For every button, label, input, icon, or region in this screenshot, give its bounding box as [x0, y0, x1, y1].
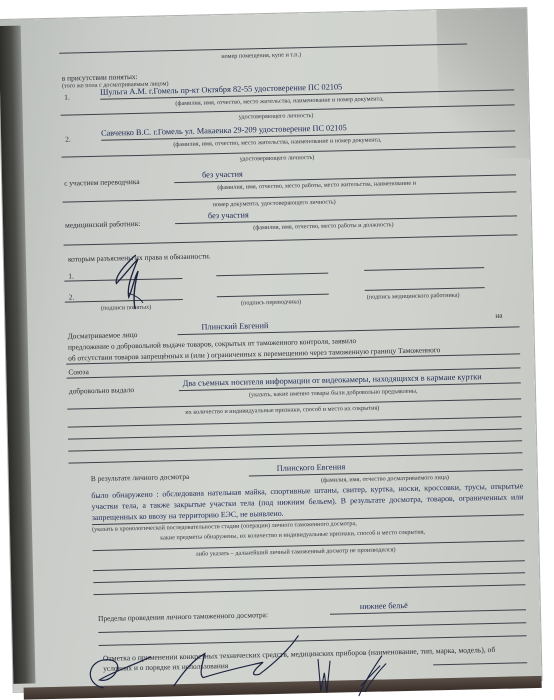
- offer-line-3: Союза: [68, 367, 89, 376]
- voluntary-label: добровольно выдало: [69, 385, 134, 395]
- signature-number-2: 2.: [69, 292, 75, 301]
- customs-inspection-form: номер помещения, купе и т.п.) в присутст…: [0, 8, 542, 692]
- blank-line-2: [68, 428, 522, 439]
- witness-2-number: 2.: [65, 134, 71, 143]
- result-value: Плинского Евгения: [277, 462, 346, 473]
- translator-value: без участия: [202, 170, 243, 180]
- witness-signature-line-2: [65, 299, 183, 303]
- limits-label: Пределы проведения личного таможенного д…: [98, 610, 268, 623]
- translator-signature-line-1: [216, 273, 328, 277]
- medic-label: медицинский работник:: [65, 219, 140, 230]
- medic-signature-hint: (подпись медицинского работника): [367, 292, 460, 301]
- medic-signature-line-1: [364, 267, 484, 271]
- mark-text-2: условиях и о порядке их использования: [103, 661, 228, 673]
- translator-hint-2: номер документа, удостоверяющего личност…: [213, 198, 336, 208]
- rights-explained-text: которым разъяснены их права и обязанност…: [68, 251, 211, 263]
- blank-line-1: [68, 416, 522, 427]
- translator-signature-hint: (подпись переводчика): [241, 298, 301, 306]
- blank-line-6: [93, 572, 525, 583]
- witness-signature-line-1: [64, 278, 182, 282]
- signature-number-1: 1.: [68, 271, 74, 280]
- blank-line-4: [69, 452, 523, 463]
- translator-label: с участием переводчика: [64, 177, 140, 188]
- mark-line: [433, 662, 527, 665]
- inspected-person-label: Досматриваемое лицо: [68, 330, 138, 341]
- paper-fold-highlight: [436, 8, 529, 160]
- translator-signature-line-2: [217, 294, 329, 298]
- blank-line-5: [93, 560, 525, 571]
- result-label: В результате личного досмотра: [91, 472, 190, 483]
- limits-value: нижнее бельё: [360, 601, 408, 611]
- page-edge-shadow: [0, 26, 36, 684]
- inspected-person-value: Плинский Евгений: [201, 321, 268, 332]
- room-hint: номер помещения, купе и т.п.): [221, 51, 301, 60]
- witness-signature-hint: (подписи понятых): [101, 304, 151, 312]
- blank-line-7: [93, 584, 525, 595]
- witness-1-number: 1.: [64, 92, 70, 101]
- medic-hint: (фамилия, имя, отчество, место работы и …: [253, 221, 393, 231]
- blank-line-8: [98, 622, 526, 633]
- photo-frame: номер помещения, купе и т.п.) в присутст…: [0, 0, 554, 700]
- medic-line-2: [64, 234, 518, 245]
- medic-signature-line-2: [365, 287, 485, 291]
- blank-line-9: [99, 635, 527, 646]
- witness-2-hint-2: удостоверяющего личность): [240, 154, 315, 163]
- mark-text-1: Отметка о применении конкретных техничес…: [103, 645, 496, 663]
- voluntary-hint: (указать, какие именно товары были добро…: [249, 388, 418, 399]
- page-bottom-edge: [24, 676, 542, 700]
- witness-1-hint-2: удостоверяющего личность): [239, 112, 314, 121]
- inspected-na: на: [495, 311, 502, 320]
- blank-line-3: [68, 440, 522, 451]
- medic-value: без участия: [208, 210, 249, 220]
